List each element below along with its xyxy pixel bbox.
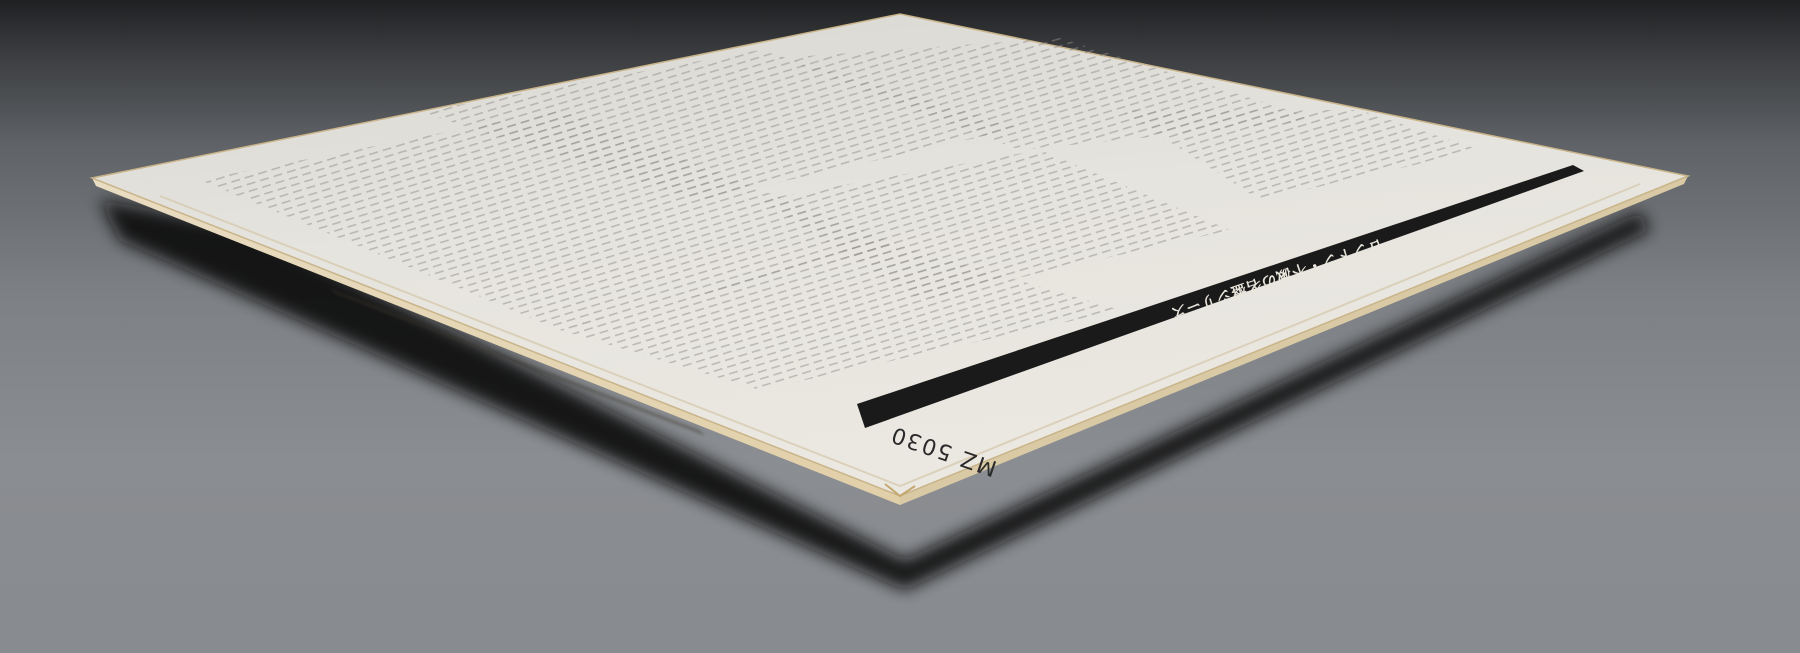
photo-scene <box>0 0 1800 653</box>
